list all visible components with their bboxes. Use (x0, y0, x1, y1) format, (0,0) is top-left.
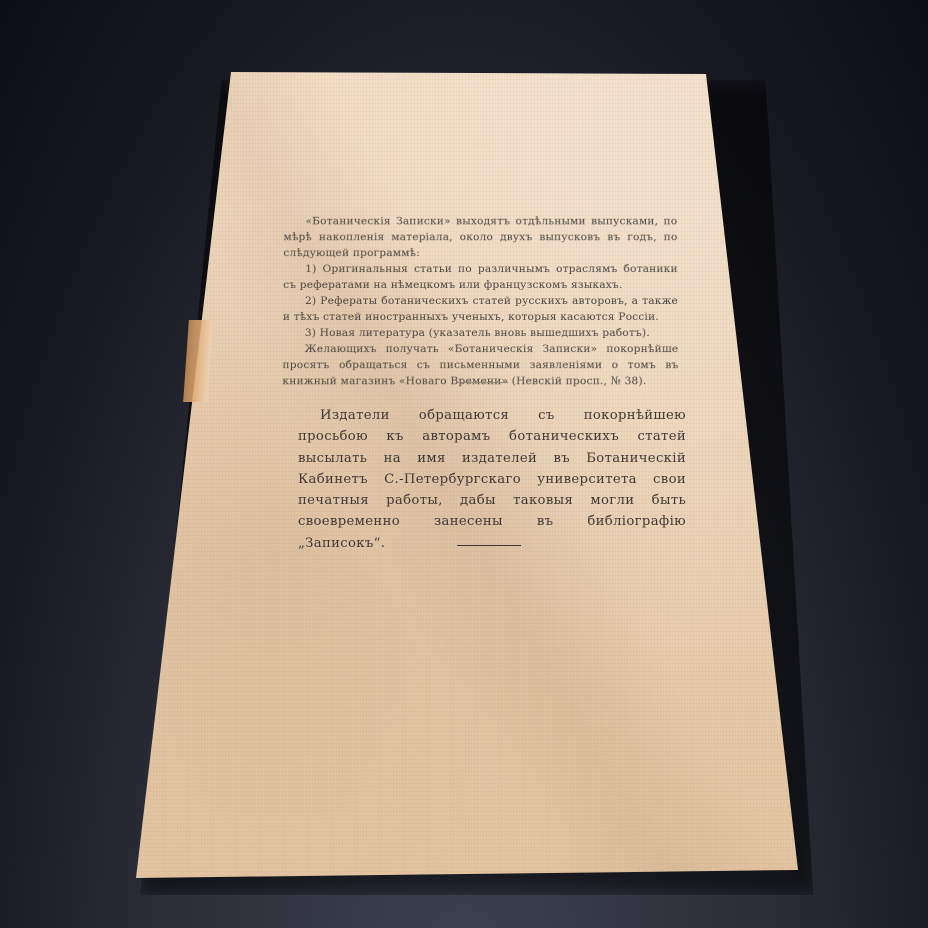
program-item-3: 3) Новая литература (указатель вновь выш… (283, 325, 679, 341)
program-item-2: 2) Рефераты ботаническихъ статей русских… (283, 293, 678, 325)
program-item-1: 1) Оригинальныя статьи по различнымъ отр… (283, 261, 678, 293)
divider-rule (458, 382, 508, 383)
publishers-request: Издатели обращаются съ покорнѣйшею прось… (298, 405, 686, 554)
printed-text: «Ботаническія Записки» выходятъ отдѣльны… (0, 0, 928, 928)
request-paragraph: Издатели обращаются съ покорнѣйшею прось… (298, 405, 686, 554)
photo-scene: «Ботаническія Записки» выходятъ отдѣльны… (0, 0, 928, 928)
publication-notice: «Ботаническія Записки» выходятъ отдѣльны… (282, 213, 678, 389)
notice-intro: «Ботаническія Записки» выходятъ отдѣльны… (283, 213, 677, 261)
closing-rule (457, 545, 521, 546)
